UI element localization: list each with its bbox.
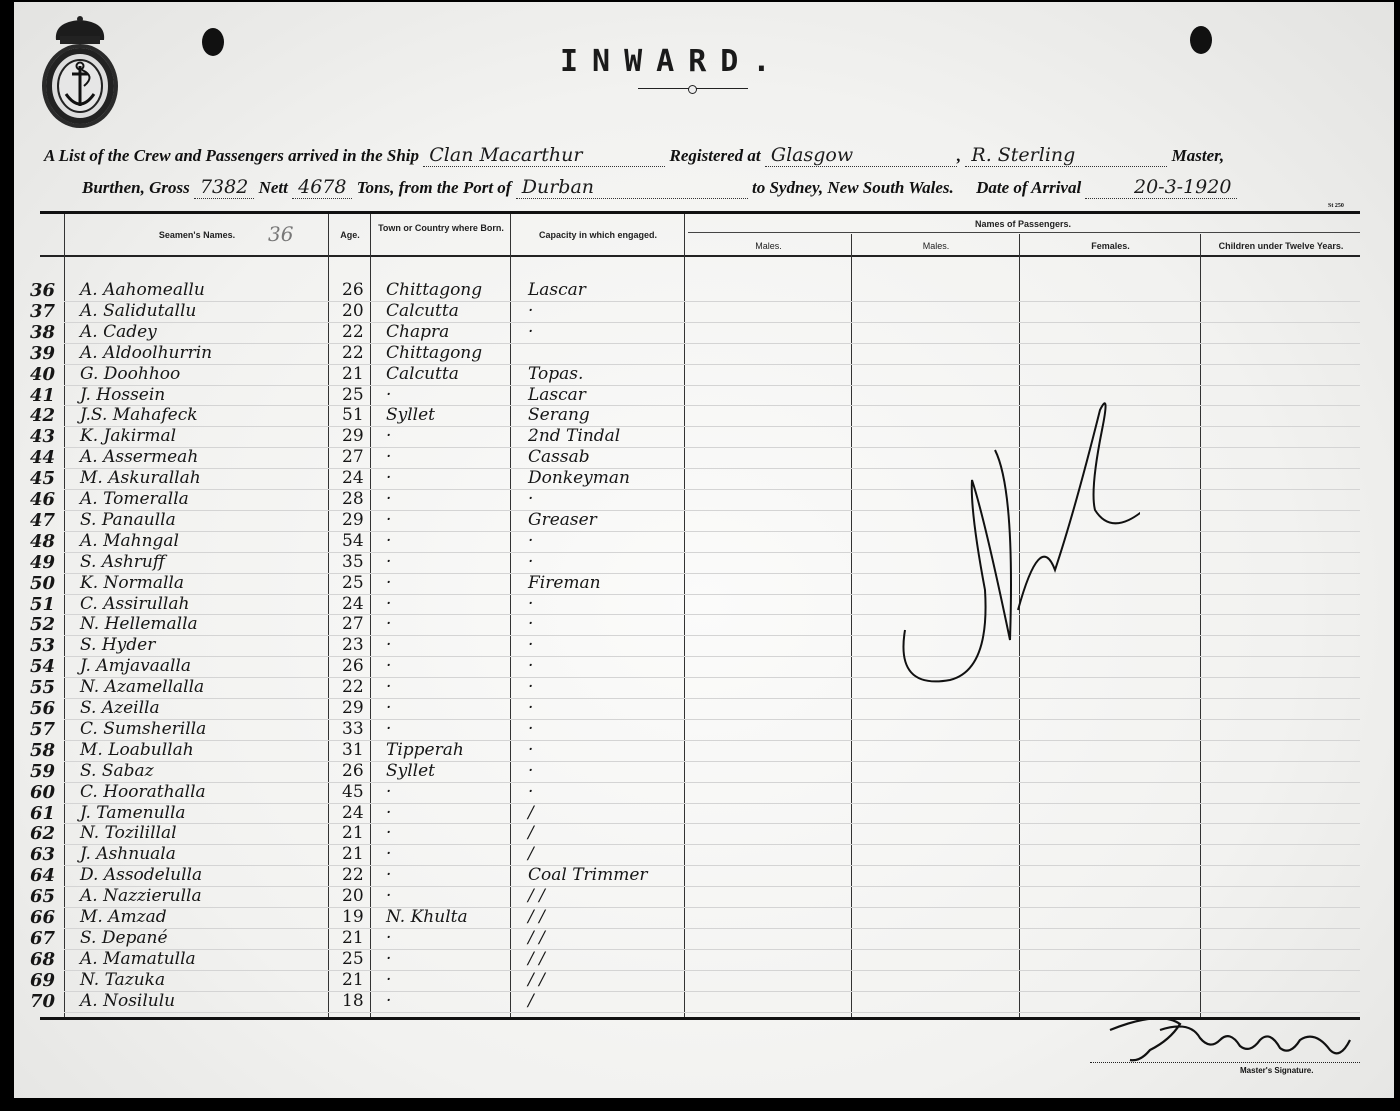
seaman-name: A. Assermeah <box>80 447 198 468</box>
nett-tons-field[interactable]: 4678 <box>292 176 352 199</box>
ship-label: A List of the Crew and Passengers arrive… <box>44 146 419 165</box>
seaman-age: 23 <box>342 635 364 656</box>
seaman-age: 21 <box>342 928 364 949</box>
tons-label: Tons, from the Port of <box>357 178 512 197</box>
row-number: 48 <box>30 531 66 552</box>
birthplace: Chittagong <box>386 343 482 364</box>
seaman-age: 21 <box>342 364 364 385</box>
seaman-name: S. Ashruff <box>80 552 165 573</box>
table-row: 70A. Nosilulu18·/ <box>0 991 700 1012</box>
master-label: Master, <box>1172 146 1224 165</box>
seaman-name: A. Aahomeallu <box>80 280 205 301</box>
capacity-engaged: Lascar <box>528 280 586 301</box>
table-row: 55N. Azamellalla22·· <box>0 677 700 698</box>
arrival-date-field[interactable]: 20-3-1920 <box>1085 176 1237 199</box>
seaman-age: 24 <box>342 594 364 615</box>
table-row: 51C. Assirullah24·· <box>0 594 700 615</box>
seaman-name: M. Askurallah <box>80 468 201 489</box>
birthplace: Syllet <box>386 761 435 782</box>
row-number: 58 <box>30 740 66 761</box>
capacity-engaged: · <box>528 719 533 740</box>
capacity-engaged: / <box>528 803 534 824</box>
seaman-name: A. Salidutallu <box>80 301 196 322</box>
capacity-engaged: / / <box>528 970 545 991</box>
seaman-age: 31 <box>342 740 364 761</box>
table-row: 41J. Hossein25·Lascar <box>0 385 700 406</box>
table-row: 42J.S. Mahafeck51SylletSerang <box>0 405 700 426</box>
table-row: 40G. Doohhoo21CalcuttaTopas. <box>0 364 700 385</box>
seaman-age: 20 <box>342 886 364 907</box>
passengers-subheader-rule <box>688 232 1360 233</box>
title-ornament <box>638 88 748 89</box>
row-number: 60 <box>30 782 66 803</box>
capacity-engaged: · <box>528 531 533 552</box>
birthplace: · <box>386 928 391 949</box>
birthplace: · <box>386 635 391 656</box>
row-number: 44 <box>30 447 66 468</box>
row-number: 57 <box>30 719 66 740</box>
capacity-engaged: Donkeyman <box>528 468 630 489</box>
crew-count-note: 36 <box>268 222 293 246</box>
registered-port-field[interactable]: Glasgow <box>765 144 957 167</box>
row-number: 61 <box>30 803 66 824</box>
birthplace: Chittagong <box>386 280 482 301</box>
capacity-engaged: / <box>528 991 534 1012</box>
row-number: 66 <box>30 907 66 928</box>
birthplace: · <box>386 385 391 406</box>
seaman-name: J. Amjavaalla <box>80 656 191 677</box>
row-number: 37 <box>30 301 66 322</box>
birthplace: Calcutta <box>386 301 459 322</box>
punch-hole-left <box>202 28 224 56</box>
header-age: Age. <box>330 230 370 241</box>
gross-tons-field[interactable]: 7382 <box>194 176 254 199</box>
seaman-age: 25 <box>342 949 364 970</box>
seaman-age: 33 <box>342 719 364 740</box>
seaman-name: A. Aldoolhurrin <box>80 343 212 364</box>
seaman-name: N. Tozilillal <box>80 823 177 844</box>
capacity-engaged: · <box>528 782 533 803</box>
row-number: 38 <box>30 322 66 343</box>
row-number: 36 <box>30 280 66 301</box>
table-row: 58M. Loabullah31Tipperah· <box>0 740 700 761</box>
seaman-age: 27 <box>342 614 364 635</box>
seaman-name: C. Hoorathalla <box>80 782 206 803</box>
seaman-age: 35 <box>342 552 364 573</box>
capacity-engaged: / / <box>528 907 545 928</box>
table-row: 63J. Ashnuala21·/ <box>0 844 700 865</box>
seaman-name: A. Mamatulla <box>80 949 196 970</box>
table-row: 46A. Tomeralla28·· <box>0 489 700 510</box>
seaman-name: M. Amzad <box>80 907 167 928</box>
birthplace: · <box>386 803 391 824</box>
seaman-name: J.S. Mahafeck <box>80 405 198 426</box>
row-number: 43 <box>30 426 66 447</box>
col-divider-males1 <box>851 234 852 1017</box>
birthplace: · <box>386 656 391 677</box>
header-line-ship: A List of the Crew and Passengers arrive… <box>44 144 1224 167</box>
capacity-engaged: · <box>528 594 533 615</box>
birthplace: · <box>386 991 391 1012</box>
capacity-engaged: Lascar <box>528 385 586 406</box>
seaman-age: 26 <box>342 280 364 301</box>
table-top-rule <box>40 211 1360 214</box>
table-row: 68A. Mamatulla25·/ / <box>0 949 700 970</box>
seaman-age: 26 <box>342 656 364 677</box>
header-males-2: Males. <box>853 241 1019 252</box>
row-number: 47 <box>30 510 66 531</box>
seaman-name: K. Normalla <box>80 573 184 594</box>
row-number: 56 <box>30 698 66 719</box>
table-row: 67S. Depané21·/ / <box>0 928 700 949</box>
capacity-engaged: Fireman <box>528 573 601 594</box>
table-row: 39A. Aldoolhurrin22Chittagong <box>0 343 700 364</box>
birthplace: · <box>386 468 391 489</box>
capacity-engaged: Topas. <box>528 364 583 385</box>
col-divider-females <box>1200 234 1201 1017</box>
seaman-age: 20 <box>342 301 364 322</box>
birthplace: · <box>386 782 391 803</box>
row-number: 62 <box>30 823 66 844</box>
table-row: 47S. Panaulla29·Greaser <box>0 510 700 531</box>
birthplace: · <box>386 719 391 740</box>
capacity-engaged: · <box>528 677 533 698</box>
birthplace: · <box>386 677 391 698</box>
birthplace: Calcutta <box>386 364 459 385</box>
row-number: 42 <box>30 405 66 426</box>
seaman-name: J. Ashnuala <box>80 844 176 865</box>
table-row: 49S. Ashruff35·· <box>0 552 700 573</box>
seaman-age: 18 <box>342 991 364 1012</box>
capacity-engaged: · <box>528 656 533 677</box>
port-from-field[interactable]: Durban <box>516 176 748 199</box>
table-row: 50K. Normalla25·Fireman <box>0 573 700 594</box>
capacity-engaged: Cassab <box>528 447 590 468</box>
seaman-name: S. Depané <box>80 928 168 949</box>
capacity-engaged: Coal Trimmer <box>528 865 648 886</box>
table-row: 59S. Sabaz26Syllet· <box>0 761 700 782</box>
row-number: 45 <box>30 468 66 489</box>
capacity-engaged: · <box>528 322 533 343</box>
master-signature-label: Master's Signature. <box>1240 1066 1313 1075</box>
row-number: 67 <box>30 928 66 949</box>
seaman-age: 25 <box>342 573 364 594</box>
seaman-age: 22 <box>342 343 364 364</box>
capacity-engaged: · <box>528 552 533 573</box>
arrival-label: Date of Arrival <box>976 178 1081 197</box>
row-number: 39 <box>30 343 66 364</box>
document-title: INWARD. <box>560 44 784 79</box>
seaman-age: 28 <box>342 489 364 510</box>
row-number: 53 <box>30 635 66 656</box>
seaman-age: 24 <box>342 803 364 824</box>
seaman-age: 54 <box>342 531 364 552</box>
seaman-name: A. Mahngal <box>80 531 179 552</box>
seaman-name: D. Assodelulla <box>80 865 202 886</box>
capacity-engaged: / / <box>528 886 545 907</box>
ship-name-field[interactable]: Clan Macarthur <box>423 144 665 167</box>
table-row: 48A. Mahngal54·· <box>0 531 700 552</box>
table-row: 64D. Assodelulla22·Coal Trimmer <box>0 865 700 886</box>
row-number: 50 <box>30 573 66 594</box>
header-born: Town or Country where Born. <box>376 223 506 234</box>
form-number: St 250 <box>1328 203 1344 209</box>
seaman-name: M. Loabullah <box>80 740 194 761</box>
nil-annotation-scrawl <box>890 390 1140 690</box>
master-signature <box>1100 1010 1360 1070</box>
table-row: 62N. Tozilillal21·/ <box>0 823 700 844</box>
birthplace: · <box>386 823 391 844</box>
registered-label: Registered at <box>670 146 761 165</box>
row-number: 55 <box>30 677 66 698</box>
seaman-age: 29 <box>342 510 364 531</box>
seaman-name: N. Hellemalla <box>80 614 198 635</box>
shipping-masters-crest-icon <box>34 14 126 130</box>
birthplace: · <box>386 552 391 573</box>
seaman-age: 29 <box>342 698 364 719</box>
seaman-age: 24 <box>342 468 364 489</box>
row-number: 52 <box>30 614 66 635</box>
birthplace: Chapra <box>386 322 449 343</box>
seaman-name: C. Sumsherilla <box>80 719 206 740</box>
seaman-name: S. Sabaz <box>80 761 154 782</box>
seaman-name: G. Doohhoo <box>80 364 180 385</box>
capacity-engaged: 2nd Tindal <box>528 426 620 447</box>
seaman-age: 21 <box>342 970 364 991</box>
table-row: 69N. Tazuka21·/ / <box>0 970 700 991</box>
table-row: 45M. Askurallah24·Donkeyman <box>0 468 700 489</box>
seaman-name: A. Tomeralla <box>80 489 189 510</box>
seaman-name: J. Tamenulla <box>80 803 186 824</box>
seaman-name: N. Azamellalla <box>80 677 204 698</box>
row-number: 69 <box>30 970 66 991</box>
table-row: 53S. Hyder23·· <box>0 635 700 656</box>
row-number: 64 <box>30 865 66 886</box>
birthplace: · <box>386 970 391 991</box>
birthplace: N. Khulta <box>386 907 468 928</box>
birthplace: · <box>386 447 391 468</box>
seaman-name: A. Nosilulu <box>80 991 175 1012</box>
seaman-age: 22 <box>342 677 364 698</box>
row-number: 63 <box>30 844 66 865</box>
birthplace: · <box>386 489 391 510</box>
row-number: 40 <box>30 364 66 385</box>
header-capacity: Capacity in which engaged. <box>512 230 684 241</box>
table-row: 44A. Assermeah27·Cassab <box>0 447 700 468</box>
birthplace: · <box>386 844 391 865</box>
birthplace: Syllet <box>386 405 435 426</box>
seaman-name: K. Jakirmal <box>80 426 176 447</box>
row-number: 54 <box>30 656 66 677</box>
seaman-name: S. Hyder <box>80 635 155 656</box>
table-row: 36A. Aahomeallu26ChittagongLascar <box>0 280 700 301</box>
birthplace: Tipperah <box>386 740 464 761</box>
capacity-engaged: · <box>528 301 533 322</box>
birthplace: · <box>386 594 391 615</box>
capacity-engaged: · <box>528 740 533 761</box>
master-name-field[interactable]: R. Sterling <box>965 144 1167 167</box>
seaman-age: 51 <box>342 405 364 426</box>
header-passengers: Names of Passengers. <box>686 219 1360 230</box>
seaman-age: 22 <box>342 865 364 886</box>
birthplace: · <box>386 426 391 447</box>
birthplace: · <box>386 698 391 719</box>
seaman-age: 27 <box>342 447 364 468</box>
table-row: 43K. Jakirmal29·2nd Tindal <box>0 426 700 447</box>
capacity-engaged: · <box>528 761 533 782</box>
capacity-engaged: · <box>528 635 533 656</box>
seaman-name: C. Assirullah <box>80 594 189 615</box>
table-row: 65A. Nazzierulla20·/ / <box>0 886 700 907</box>
capacity-engaged: · <box>528 698 533 719</box>
row-number: 51 <box>30 594 66 615</box>
seaman-name: J. Hossein <box>80 385 165 406</box>
table-row: 57C. Sumsherilla33·· <box>0 719 700 740</box>
birthplace: · <box>386 886 391 907</box>
header-children: Children under Twelve Years. <box>1202 241 1360 252</box>
row-number: 49 <box>30 552 66 573</box>
header-bottom-rule <box>40 255 1360 257</box>
punch-hole-right <box>1190 26 1212 54</box>
seaman-name: A. Nazzierulla <box>80 886 202 907</box>
table-row: 37A. Salidutallu20Calcutta· <box>0 301 700 322</box>
row-number: 41 <box>30 385 66 406</box>
seaman-name: N. Tazuka <box>80 970 165 991</box>
capacity-engaged: · <box>528 614 533 635</box>
table-row: 61J. Tamenulla24·/ <box>0 803 700 824</box>
birthplace: · <box>386 614 391 635</box>
capacity-engaged: / <box>528 823 534 844</box>
row-number: 59 <box>30 761 66 782</box>
row-number: 46 <box>30 489 66 510</box>
header-line-burthen: Burthen, Gross 7382 Nett 4678 Tons, from… <box>82 176 1237 199</box>
birthplace: · <box>386 949 391 970</box>
nett-label: Nett <box>259 178 288 197</box>
birthplace: · <box>386 865 391 886</box>
seaman-age: 19 <box>342 907 364 928</box>
seaman-age: 26 <box>342 761 364 782</box>
table-row: 66M. Amzad19N. Khulta/ / <box>0 907 700 928</box>
seaman-age: 29 <box>342 426 364 447</box>
table-row: 52N. Hellemalla27·· <box>0 614 700 635</box>
capacity-engaged: / <box>528 844 534 865</box>
capacity-engaged: Greaser <box>528 510 597 531</box>
seaman-age: 25 <box>342 385 364 406</box>
capacity-engaged: / / <box>528 949 545 970</box>
capacity-engaged: · <box>528 489 533 510</box>
seaman-age: 22 <box>342 322 364 343</box>
seaman-name: A. Cadey <box>80 322 157 343</box>
capacity-engaged: / / <box>528 928 545 949</box>
signature-line <box>1090 1062 1360 1063</box>
birthplace: · <box>386 531 391 552</box>
seaman-age: 45 <box>342 782 364 803</box>
seaman-name: S. Azeilla <box>80 698 160 719</box>
table-row: 56S. Azeilla29·· <box>0 698 700 719</box>
birthplace: · <box>386 510 391 531</box>
burthen-label: Burthen, Gross <box>82 178 190 197</box>
row-number: 68 <box>30 949 66 970</box>
birthplace: · <box>386 573 391 594</box>
header-females: Females. <box>1021 241 1200 252</box>
seaman-age: 21 <box>342 823 364 844</box>
row-number: 65 <box>30 886 66 907</box>
table-row: 60C. Hoorathalla45·· <box>0 782 700 803</box>
row-number: 70 <box>30 991 66 1012</box>
table-row: 38A. Cadey22Chapra· <box>0 322 700 343</box>
seaman-age: 21 <box>342 844 364 865</box>
capacity-engaged: Serang <box>528 405 590 426</box>
header-males-1: Males. <box>686 241 851 252</box>
table-row: 54J. Amjavaalla26·· <box>0 656 700 677</box>
seaman-name: S. Panaulla <box>80 510 176 531</box>
destination-label: to Sydney, New South Wales. <box>752 178 954 197</box>
